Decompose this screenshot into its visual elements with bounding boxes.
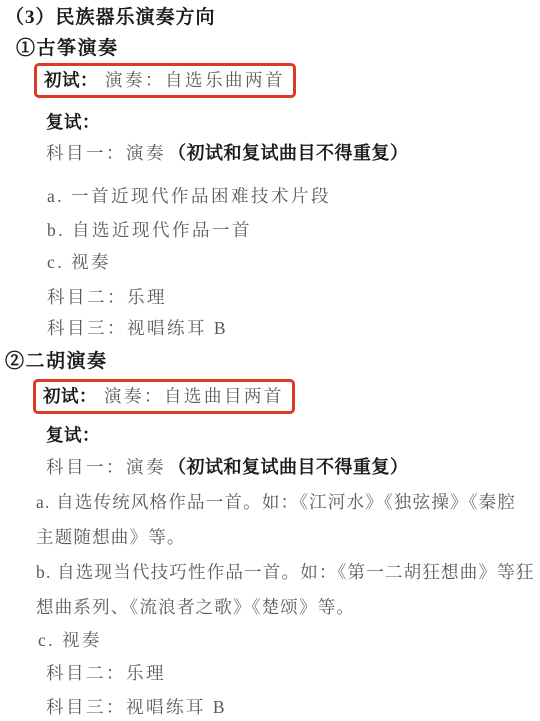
- subject-one-prefix: 科目一：演奏: [46, 143, 166, 163]
- subject-one-line-guzheng: 科目一：演奏（初试和复试曲目不得重复）: [46, 141, 409, 165]
- item-a-erhu-line1: a. 自选传统风格作品一首。如：《江河水》《独弦操》《秦腔: [36, 490, 516, 514]
- section-title-erhu: ②二胡演奏: [5, 350, 108, 374]
- first-round-line-guzheng: 初试：演奏：自选乐曲两首: [34, 63, 296, 98]
- first-round-text: 演奏：自选乐曲两首: [105, 70, 285, 90]
- item-b-erhu-line1: b. 自选现当代技巧性作品一首。如：《第一二胡狂想曲》等狂: [36, 560, 535, 584]
- subject-one-line-erhu: 科目一：演奏（初试和复试曲目不得重复）: [46, 455, 409, 479]
- item-a-guzheng: a. 一首近现代作品困难技术片段: [47, 184, 331, 208]
- subject-two-erhu: 科目二：乐理: [46, 661, 166, 685]
- first-round-label: 初试：: [44, 70, 98, 90]
- item-a-erhu-line2: 主题随想曲》等。: [36, 525, 186, 549]
- item-b-erhu-line2: 想曲系列、《流浪者之歌》《楚颂》等。: [36, 595, 355, 619]
- second-round-label-erhu: 复试：: [46, 423, 100, 447]
- highlight-box-erhu: 初试：演奏：自选曲目两首: [33, 379, 295, 414]
- first-round-label: 初试：: [43, 386, 97, 406]
- first-round-text: 演奏：自选曲目两首: [104, 386, 284, 406]
- subject-one-note: （初试和复试曲目不得重复）: [168, 457, 409, 477]
- page-title: （3）民族器乐演奏方向: [5, 6, 216, 30]
- subject-one-note: （初试和复试曲目不得重复）: [168, 143, 409, 163]
- item-c-erhu: c. 视奏: [38, 628, 102, 652]
- second-round-label-guzheng: 复试：: [46, 110, 100, 134]
- first-round-line-erhu: 初试：演奏：自选曲目两首: [33, 379, 295, 414]
- highlight-box-guzheng: 初试：演奏：自选乐曲两首: [34, 63, 296, 98]
- section-title-guzheng: ①古筝演奏: [16, 37, 119, 61]
- subject-three-guzheng: 科目三：视唱练耳 B: [47, 316, 228, 340]
- subject-two-guzheng: 科目二：乐理: [47, 285, 167, 309]
- document-page: （3）民族器乐演奏方向 ①古筝演奏 初试：演奏：自选乐曲两首 复试： 科目一：演…: [0, 0, 540, 721]
- subject-one-prefix: 科目一：演奏: [46, 457, 166, 477]
- item-c-guzheng: c. 视奏: [47, 250, 111, 274]
- subject-three-erhu: 科目三：视唱练耳 B: [46, 695, 227, 719]
- item-b-guzheng: b. 自选近现代作品一首: [47, 218, 252, 242]
